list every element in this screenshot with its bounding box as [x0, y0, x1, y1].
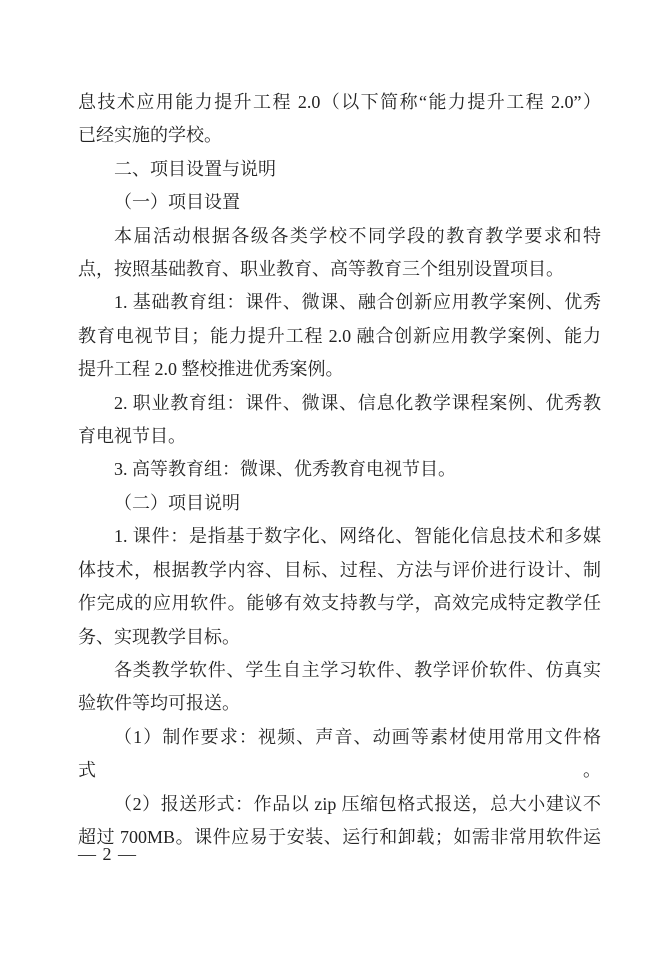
- text-line: 2. 职业教育组：课件、微课、信息化教学课程案例、优秀教: [78, 387, 601, 420]
- text-line: 各类教学软件、学生自主学习软件、教学评价软件、仿真实: [78, 654, 601, 687]
- section-heading: 二、项目设置与说明: [78, 153, 601, 186]
- subsection-heading: （一）项目设置: [78, 186, 601, 219]
- text-line: 提升工程 2.0 整校推进优秀案例。: [78, 353, 601, 386]
- document-body: 息技术应用能力提升工程 2.0（以下简称“能力提升工程 2.0”） 已经实施的学…: [78, 86, 601, 854]
- text-line: 育电视节目。: [78, 420, 601, 453]
- text-line: （2）报送形式：作品以 zip 压缩包格式报送，总大小建议不: [78, 788, 601, 821]
- document-page: 息技术应用能力提升工程 2.0（以下简称“能力提升工程 2.0”） 已经实施的学…: [0, 0, 665, 956]
- text-line: （1）制作要求：视频、声音、动画等素材使用常用文件格式。: [78, 721, 601, 788]
- text-line: 作完成的应用软件。能够有效支持教与学，高效完成特定教学任: [78, 587, 601, 620]
- text-line: 超过 700MB。课件应易于安装、运行和卸载；如需非常用软件运: [78, 821, 601, 854]
- text-line: 已经实施的学校。: [78, 119, 601, 152]
- text-line: 本届活动根据各级各类学校不同学段的教育教学要求和特: [78, 220, 601, 253]
- text-line: 息技术应用能力提升工程 2.0（以下简称“能力提升工程 2.0”）: [78, 86, 601, 119]
- text-line: 3. 高等教育组：微课、优秀教育电视节目。: [78, 453, 601, 486]
- text-line: 1. 课件：是指基于数字化、网络化、智能化信息技术和多媒: [78, 520, 601, 553]
- subsection-heading: （二）项目说明: [78, 487, 601, 520]
- text-line: 教育电视节目；能力提升工程 2.0 融合创新应用教学案例、能力: [78, 320, 601, 353]
- text-line: 1. 基础教育组：课件、微课、融合创新应用教学案例、优秀: [78, 286, 601, 319]
- text-line: 点，按照基础教育、职业教育、高等教育三个组别设置项目。: [78, 253, 601, 286]
- page-number: — 2 —: [78, 843, 137, 865]
- text-line: 验软件等均可报送。: [78, 687, 601, 720]
- text-line: 务、实现教学目标。: [78, 621, 601, 654]
- text-line: 体技术，根据教学内容、目标、过程、方法与评价进行设计、制: [78, 554, 601, 587]
